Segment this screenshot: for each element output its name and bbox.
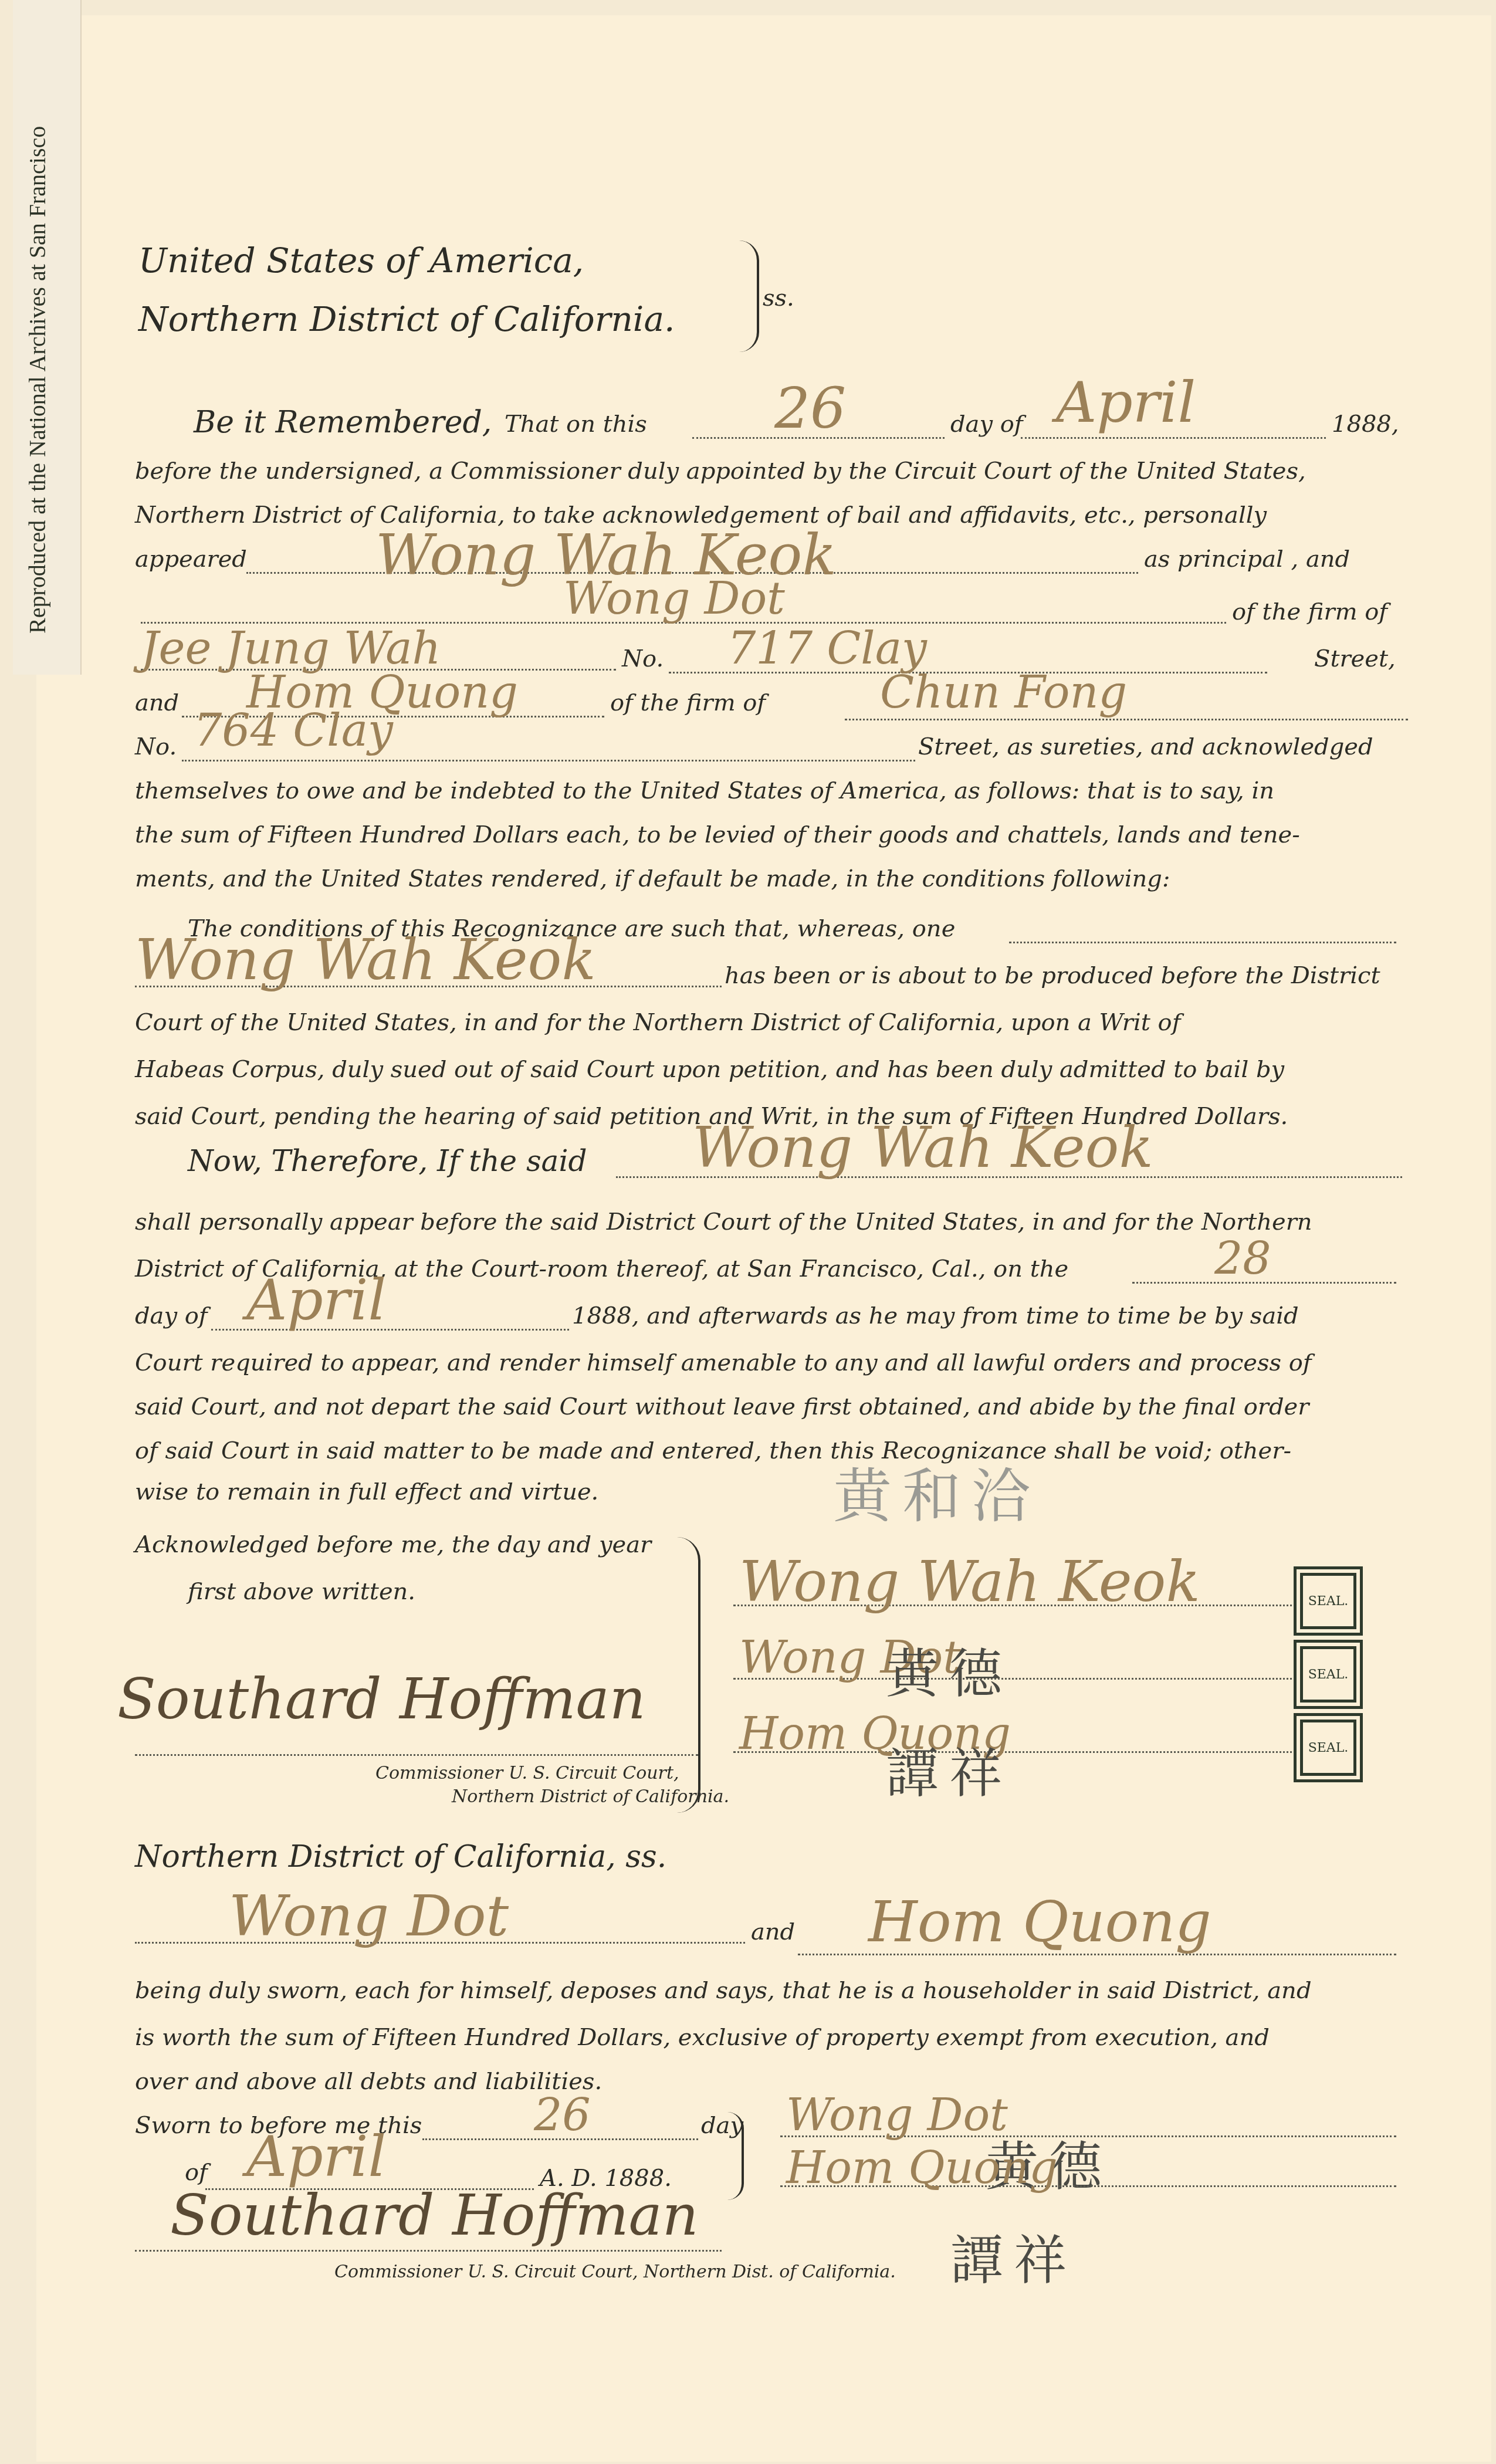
- chinese-name-top: 黄和洽: [833, 1449, 1041, 1534]
- affidavit-brace: [727, 2112, 744, 2200]
- affidavit-commissioner-title: Commissioner U. S. Circuit Court, Northe…: [334, 2262, 896, 2282]
- surety2-address-line: [182, 760, 915, 761]
- therefore-line-6: said Court, and not depart the said Cour…: [135, 1393, 1309, 1420]
- recital-line-9: themselves to owe and be indebted to the…: [135, 777, 1274, 804]
- affidavit-sig1-name[interactable]: Wong Dot: [786, 2089, 1008, 2141]
- recital-as-principal: as principal , and: [1144, 546, 1350, 573]
- surety1-name[interactable]: Wong Dot: [563, 572, 785, 624]
- recital-intro: Be it Remembered,: [194, 405, 492, 440]
- recital-street-sureties: Street, as sureties, and acknowledged: [918, 733, 1373, 760]
- header-line-1: United States of America,: [138, 241, 584, 280]
- affidavit-sig2-name[interactable]: Hom Quong: [786, 2141, 1058, 2194]
- commissioner-signature-line-1: [135, 1754, 698, 1756]
- header-line-2: Northern District of California.: [138, 299, 675, 339]
- recital-line-11: ments, and the United States rendered, i…: [135, 865, 1170, 892]
- ack-line-1: Acknowledged before me, the day and year: [135, 1531, 651, 1558]
- signature-2-chinese: 黄德: [886, 1631, 1013, 1707]
- affidavit-line-2: is worth the sum of Fifteen Hundred Doll…: [135, 2024, 1270, 2051]
- affidavit-line-3: over and above all debts and liabilities…: [135, 2068, 602, 2095]
- recital-that-on-this: That on this: [505, 411, 647, 438]
- recital-month-value[interactable]: April: [1056, 370, 1196, 435]
- recital-no-1: No.: [622, 645, 664, 672]
- affidavit-day-value[interactable]: 26: [534, 2089, 591, 2141]
- recital-and: and: [135, 689, 179, 716]
- therefore-line-4: 1888, and afterwards as he may from time…: [572, 1302, 1299, 1329]
- header-brace: [739, 241, 759, 352]
- seal-1: SEAL.: [1294, 1566, 1363, 1636]
- affidavit-and: and: [751, 1918, 795, 1945]
- surety2-firm-line: [845, 719, 1408, 720]
- signature-1-name[interactable]: Wong Wah Keok: [739, 1549, 1200, 1615]
- conditions-line-3: Court of the United States, in and for t…: [135, 1009, 1180, 1036]
- affidavit-heading: Northern District of California, ss.: [135, 1839, 666, 1874]
- recital-day-value[interactable]: 26: [774, 375, 846, 441]
- recital-line-2: before the undersigned, a Commissioner d…: [135, 458, 1306, 485]
- recital-of-the-firm-of: of the firm of: [1232, 598, 1387, 625]
- surety2-address[interactable]: 764 Clay: [194, 704, 393, 756]
- therefore-line-7: of said Court in said matter to be made …: [135, 1437, 1291, 1464]
- conditions-name[interactable]: Wong Wah Keok: [135, 927, 596, 993]
- therefore-line-2: shall personally appear before the said …: [135, 1209, 1312, 1236]
- therefore-day-value[interactable]: 28: [1214, 1232, 1271, 1284]
- affidavit-month-value[interactable]: April: [246, 2124, 386, 2189]
- ack-brace: [675, 1537, 700, 1813]
- surety2-firm[interactable]: Chun Fong: [880, 666, 1127, 718]
- affidavit-surety1[interactable]: Wong Dot: [229, 1883, 509, 1949]
- therefore-line-8: wise to remain in full effect and virtue…: [135, 1478, 598, 1505]
- recital-street-1: Street,: [1314, 645, 1396, 672]
- signature-3-chinese: 譚祥: [886, 1731, 1013, 1807]
- recital-appeared: appeared: [135, 546, 247, 573]
- seal-2: SEAL.: [1294, 1640, 1363, 1709]
- recital-no-2: No.: [135, 733, 177, 760]
- header-ss: ss.: [763, 285, 794, 312]
- conditions-name-line-a: [1009, 942, 1396, 943]
- therefore-name[interactable]: Wong Wah Keok: [692, 1115, 1153, 1180]
- conditions-line-4: Habeas Corpus, duly sued out of said Cou…: [135, 1056, 1284, 1083]
- commissioner-signature-line-2: [135, 2250, 722, 2252]
- seal-3: SEAL.: [1294, 1713, 1363, 1782]
- commissioner-signature-2[interactable]: Southard Hoffman: [170, 2182, 699, 2248]
- archive-stamp: Reproduced at the National Archives at S…: [23, 47, 51, 634]
- recital-line-10: the sum of Fifteen Hundred Dollars each,…: [135, 821, 1300, 848]
- conditions-line-2: has been or is about to be produced befo…: [725, 962, 1380, 989]
- ack-line-2: first above written.: [188, 1578, 415, 1605]
- therefore-month-value[interactable]: April: [246, 1267, 386, 1333]
- affidavit-sig2-chinese: 譚祥: [950, 2218, 1077, 2294]
- month-field-line: [1021, 437, 1326, 439]
- commissioner-signature-1[interactable]: Southard Hoffman: [117, 1666, 646, 1732]
- recital-of-the-firm-of-2: of the firm of: [610, 689, 766, 716]
- ack-title-1: Commissioner U. S. Circuit Court,: [375, 1763, 679, 1783]
- recital-day-of: day of: [950, 411, 1023, 438]
- therefore-day-of: day of: [135, 1302, 208, 1329]
- therefore-line-5: Court required to appear, and render him…: [135, 1349, 1312, 1376]
- therefore-intro: Now, Therefore, If the said: [188, 1144, 587, 1178]
- affidavit-surety2[interactable]: Hom Quong: [868, 1889, 1211, 1955]
- affidavit-line-1: being duly sworn, each for himself, depo…: [135, 1977, 1312, 2004]
- recital-year: 1888,: [1332, 411, 1399, 438]
